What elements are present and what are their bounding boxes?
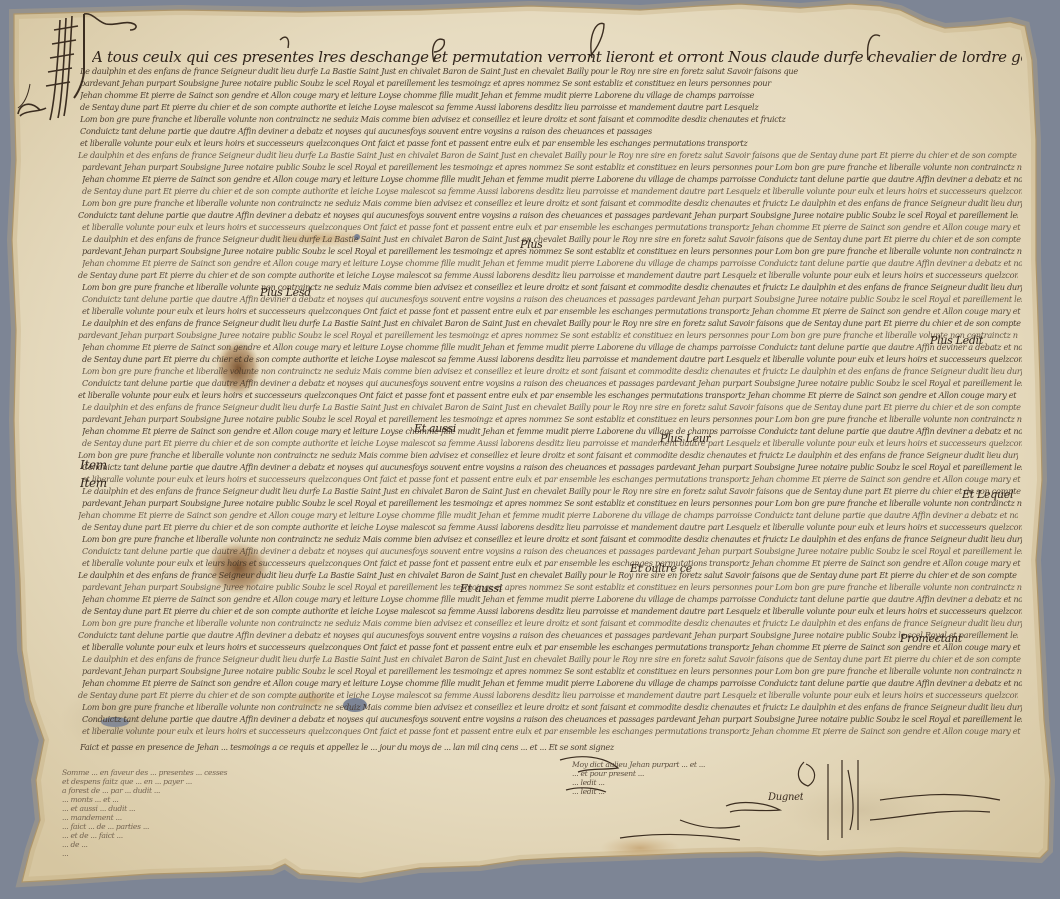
text-line: pardevant Jehan purpart Soubsigne Juree … xyxy=(82,162,1022,172)
note-line: ... et de ... faict ... xyxy=(62,831,412,840)
text-line: Le daulphin et des enfans de france Seig… xyxy=(82,402,1022,412)
text-line: de Sentay dune part Et pierre du chier e… xyxy=(78,270,1018,280)
note-line: a forest de ... par ... dudit ... xyxy=(62,786,412,795)
text-line: de Sentay dune part Et pierre du chier e… xyxy=(82,354,1022,364)
note-line: ... xyxy=(62,849,412,858)
text-line: et liberalle volunte pour eulx et leurs … xyxy=(82,222,1022,232)
text-line: Le daulphin et des enfans de france Seig… xyxy=(78,150,1018,160)
text-line: Conduictz tant delune partie que dautre … xyxy=(82,462,1022,472)
text-line: et liberalle volunte pour eulx et leurs … xyxy=(82,474,1022,484)
text-line: Jehan chomme Et pierre de Sainct son gen… xyxy=(82,258,1022,268)
text-line: Conduictz tant delune partie que dautre … xyxy=(78,630,1018,640)
text-line: de Sentay dune part Et pierre du chier e… xyxy=(78,690,1018,700)
note-line: ... de ... xyxy=(62,840,412,849)
text-line: de Sentay dune part Et pierre du chier e… xyxy=(82,522,1022,532)
text-line: de Sentay dune part Et pierre du chier e… xyxy=(82,606,1022,616)
text-line: pardevant Jehan purpart Soubsigne Juree … xyxy=(82,582,1022,592)
text-line: Conduictz tant delune partie que dautre … xyxy=(82,294,1022,304)
text-line: Conduictz tant delune partie que dautre … xyxy=(78,210,1018,220)
paragraph-marker: Et Lequel xyxy=(962,488,1013,501)
text-line: Lom bon gre pure franche et liberalle vo… xyxy=(80,114,1020,124)
text-line: Jehan chomme Et pierre de Sainct son gen… xyxy=(82,342,1022,352)
text-line: pardevant Jehan purpart Soubsigne Juree … xyxy=(80,78,1020,88)
text-line: Jehan chomme Et pierre de Sainct son gen… xyxy=(82,426,1022,436)
text-line: pardevant Jehan purpart Soubsigne Juree … xyxy=(82,246,1022,256)
paragraph-marker: Item xyxy=(80,476,107,490)
note-line: ... monts ... et ... xyxy=(62,795,412,804)
note-line: ... et aussi ... dudit ... xyxy=(62,804,412,813)
text-line: pardevant Jehan purpart Soubsigne Juree … xyxy=(82,498,1022,508)
paragraph-marker: Item xyxy=(80,458,107,472)
paragraph-marker: Promectant xyxy=(900,632,962,645)
text-line: Le daulphin et des enfans de france Seig… xyxy=(82,318,1022,328)
closing-line: Faict et passe en presence de Jehan ... … xyxy=(80,742,900,752)
text-line: de Sentay dune part Et pierre du chier e… xyxy=(80,102,1020,112)
paragraph-marker: Et aussi xyxy=(414,422,456,435)
text-line: et liberalle volunte pour eulx et leurs … xyxy=(80,138,1020,148)
text-line: Lom bon gre pure franche et liberalle vo… xyxy=(78,450,1018,460)
text-line: de Sentay dune part Et pierre du chier e… xyxy=(82,186,1022,196)
text-line: Conduictz tant delune partie que dautre … xyxy=(80,126,1020,136)
paragraph-marker: Et oultre ce xyxy=(630,562,692,575)
subscription-line: ... ledit ... xyxy=(572,778,792,787)
subscription-line: Moy dict aulieu Jehan purpart ... et ... xyxy=(572,760,792,769)
subscription-line: ... ledit ... xyxy=(572,787,792,796)
text-line: Le daulphin et des enfans de france Seig… xyxy=(82,234,1022,244)
text-line: et liberalle volunte pour eulx et leurs … xyxy=(78,390,1018,400)
paragraph-marker: Plus Leur xyxy=(660,432,711,445)
text-line: Jehan chomme Et pierre de Sainct son gen… xyxy=(80,90,1020,100)
text-line: et liberalle volunte pour eulx et leurs … xyxy=(82,642,1022,652)
paragraph-marker: Plus Lesd xyxy=(260,286,311,299)
text-line: Lom bon gre pure franche et liberalle vo… xyxy=(82,198,1022,208)
note-line: et despens faitz que ... en ... payer ..… xyxy=(62,777,412,786)
note-line: ... mandement ... xyxy=(62,813,412,822)
notarial-subscription: Moy dict aulieu Jehan purpart ... et ...… xyxy=(572,760,792,796)
body-text-block: Le daulphin et des enfans de france Seig… xyxy=(78,150,1023,740)
document-viewer: A tous ceulx qui ces presentes lres desc… xyxy=(0,0,1060,899)
stain-lower-center xyxy=(600,836,680,860)
text-line: Le daulphin et des enfans de france Seig… xyxy=(82,486,1022,496)
marginal-note: Somme ... en faveur des ... presentes ..… xyxy=(62,768,412,858)
heading-line: A tous ceulx qui ces presentes lres desc… xyxy=(92,48,1022,66)
text-line: Conduictz tant delune partie que dautre … xyxy=(82,546,1022,556)
text-line: Lom bon gre pure franche et liberalle vo… xyxy=(82,534,1022,544)
text-line: de Sentay dune part Et pierre du chier e… xyxy=(82,438,1022,448)
text-line: Lom bon gre pure franche et liberalle vo… xyxy=(82,702,1022,712)
note-line: ... faict ... de ... parties ... xyxy=(62,822,412,831)
notary-signature: Dugnet xyxy=(768,792,803,803)
text-line: et liberalle volunte pour eulx et leurs … xyxy=(82,558,1022,568)
text-line: Conduictz tant delune partie que dautre … xyxy=(82,714,1022,724)
text-line: Lom bon gre pure franche et liberalle vo… xyxy=(82,618,1022,628)
paragraph-marker: Et aussi xyxy=(460,582,502,595)
text-line: Jehan chomme Et pierre de Sainct son gen… xyxy=(78,510,1018,520)
note-line: Somme ... en faveur des ... presentes ..… xyxy=(62,768,412,777)
text-line: Le daulphin et des enfans de france Seig… xyxy=(80,66,1020,76)
paragraph-marker: Plus Ledit xyxy=(930,334,983,347)
text-line: Jehan chomme Et pierre de Sainct son gen… xyxy=(82,678,1022,688)
text-line: Jehan chomme Et pierre de Sainct son gen… xyxy=(82,174,1022,184)
text-line: Conduictz tant delune partie que dautre … xyxy=(82,378,1022,388)
text-line: Lom bon gre pure franche et liberalle vo… xyxy=(82,282,1022,292)
text-line: pardevant Jehan purpart Soubsigne Juree … xyxy=(78,330,1018,340)
text-line: pardevant Jehan purpart Soubsigne Juree … xyxy=(82,414,1022,424)
text-line: et liberalle volunte pour eulx et leurs … xyxy=(82,306,1022,316)
text-line: Lom bon gre pure franche et liberalle vo… xyxy=(82,366,1022,376)
subscription-line: ... et pour present ... xyxy=(572,769,792,778)
text-line: pardevant Jehan purpart Soubsigne Juree … xyxy=(82,666,1022,676)
text-line: Le daulphin et des enfans de france Seig… xyxy=(82,654,1022,664)
text-line: Jehan chomme Et pierre de Sainct son gen… xyxy=(82,594,1022,604)
paragraph-marker: Plus xyxy=(520,238,542,251)
text-line: et liberalle volunte pour eulx et leurs … xyxy=(82,726,1022,736)
text-line: Le daulphin et des enfans de france Seig… xyxy=(78,570,1018,580)
